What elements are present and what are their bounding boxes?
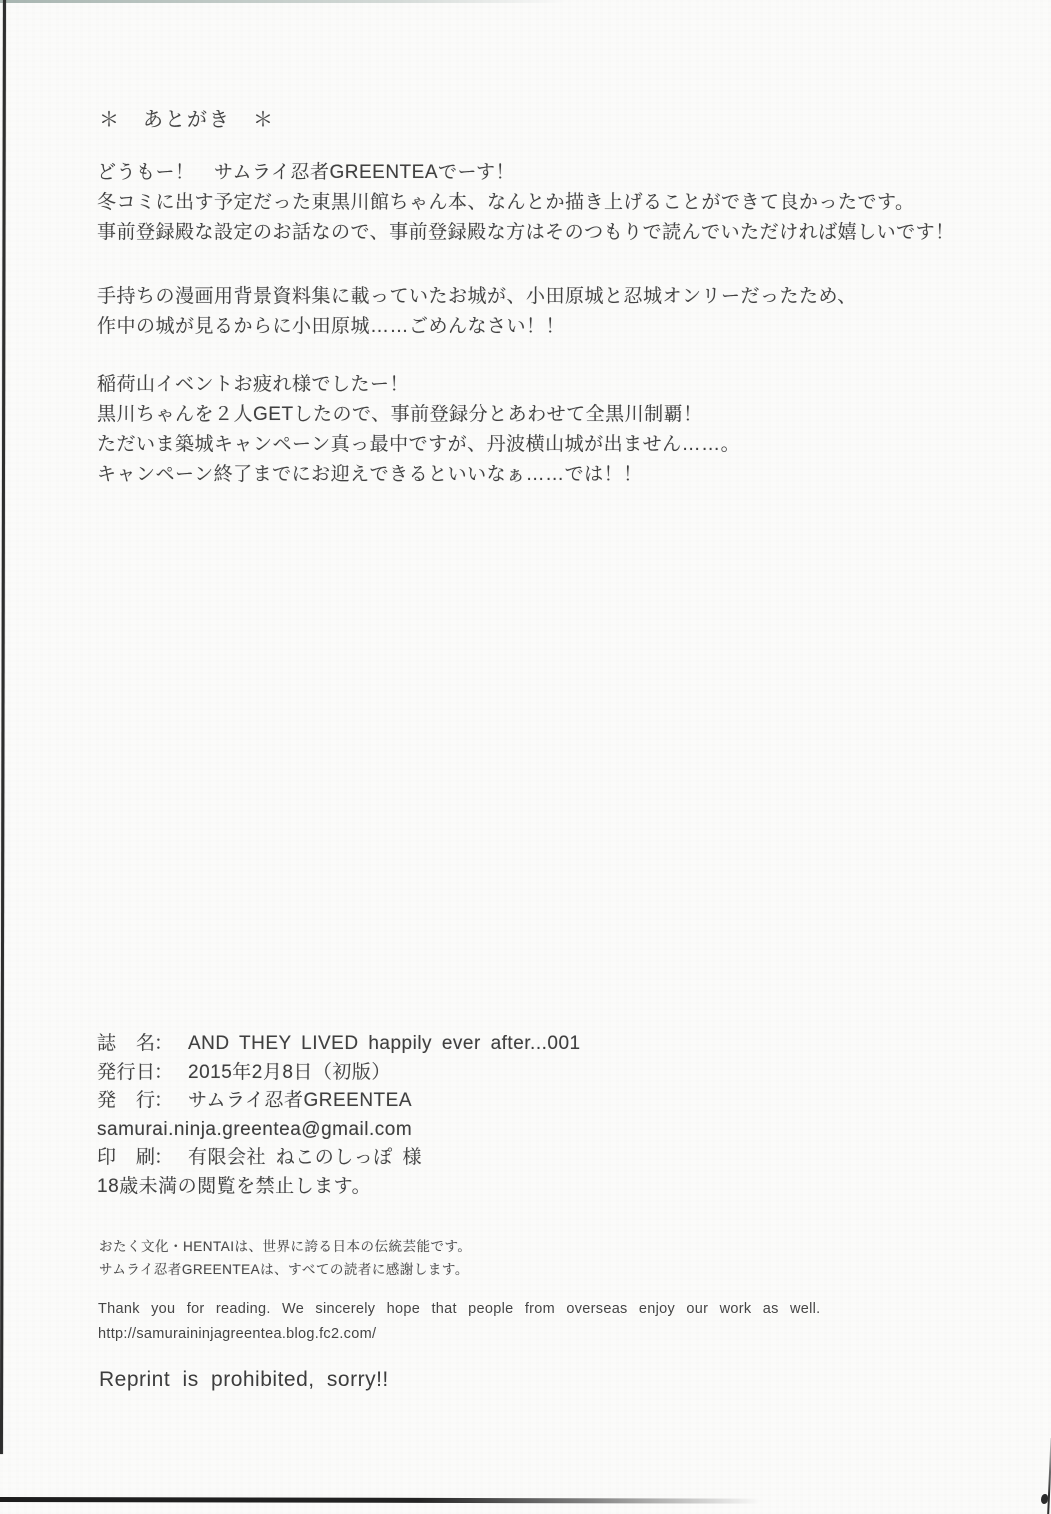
- afterword-line: キャンペーン終了までにお迎えできるといいなぁ……では！！: [97, 460, 997, 490]
- thank-you-line: Thank you for reading. We sincerely hope…: [98, 1297, 821, 1322]
- age-restriction-notice: 18歳未満の閲覧を禁止します。: [97, 1173, 581, 1202]
- colophon-label: 発行日: [97, 1059, 154, 1088]
- book-title: AND THEY LIVED happily ever after...001: [188, 1033, 581, 1054]
- contact-email: samurai.ninja.greentea@gmail.com: [97, 1116, 581, 1145]
- afterword-line: 冬コミに出す予定だった東黒川館ちゃん本、なんとか描き上げることができて良かったで…: [97, 188, 997, 218]
- afterword-line: 作中の城が見るからに小田原城……ごめんなさい！！: [97, 312, 997, 342]
- reprint-notice: Reprint is prohibited, sorry!!: [99, 1368, 389, 1392]
- colophon-label: 誌 名: [97, 1030, 154, 1059]
- afterword-line: ただいま築城キャンペーン真っ最中ですが、丹波横山城が出ません……。: [97, 430, 997, 460]
- scan-artifact-top-edge: [0, 0, 565, 3]
- colophon-row-title: 誌 名：AND THEY LIVED happily ever after...…: [97, 1030, 581, 1059]
- afterword-paragraph-2: 手持ちの漫画用背景資料集に載っていたお城が、小田原城と忍城オンリーだったため、 …: [97, 282, 997, 342]
- colophon-row-printer: 印 刷：有限会社 ねこのしっぽ 様: [97, 1144, 581, 1173]
- colophon-separator: ：: [154, 1030, 188, 1059]
- circle-notes: おたく文化・HENTAIは、世界に誇る日本の伝統芸能です。 サムライ忍者GREE…: [99, 1236, 471, 1281]
- afterword-line: 事前登録殿な設定のお話なので、事前登録殿な方はそのつもりで読んでいただければ嬉し…: [97, 218, 997, 248]
- colophon-row-publisher: 発 行：サムライ忍者GREENTEA: [97, 1087, 581, 1116]
- publish-date: 2015年2月8日（初版）: [188, 1062, 391, 1083]
- afterword-line: 手持ちの漫画用背景資料集に載っていたお城が、小田原城と忍城オンリーだったため、: [97, 282, 997, 312]
- colophon-label: 発 行: [97, 1087, 154, 1116]
- printer-name: 有限会社 ねこのしっぽ 様: [188, 1147, 422, 1168]
- english-message: Thank you for reading. We sincerely hope…: [98, 1297, 821, 1347]
- afterword-line: 黒川ちゃんを２人GETしたので、事前登録分とあわせて全黒川制覇！: [97, 400, 997, 430]
- afterword-paragraph-1: どうもー！ サムライ忍者GREENTEAでーす！ 冬コミに出す予定だった東黒川館…: [97, 158, 997, 248]
- colophon-row-publish-date: 発行日：2015年2月8日（初版）: [97, 1059, 581, 1088]
- colophon-separator: ：: [154, 1087, 188, 1116]
- scanned-afterword-page: ＊ あとがき ＊ どうもー！ サムライ忍者GREENTEAでーす！ 冬コミに出す…: [0, 0, 1051, 1514]
- scan-artifact-left-edge: [0, 0, 6, 1454]
- scan-artifact-bottom-edge: [0, 1497, 760, 1504]
- publisher-name: サムライ忍者GREENTEA: [188, 1090, 412, 1111]
- colophon-separator: ：: [154, 1144, 188, 1173]
- colophon-label: 印 刷: [97, 1144, 154, 1173]
- blog-url: http://samuraininjagreentea.blog.fc2.com…: [98, 1322, 821, 1347]
- afterword-title: ＊ あとがき ＊: [99, 103, 275, 132]
- scan-artifact-right-edge: [1047, 1438, 1051, 1514]
- afterword-line: どうもー！ サムライ忍者GREENTEAでーす！: [97, 158, 997, 188]
- colophon-separator: ：: [154, 1059, 188, 1088]
- colophon: 誌 名：AND THEY LIVED happily ever after...…: [97, 1030, 581, 1201]
- note-line: おたく文化・HENTAIは、世界に誇る日本の伝統芸能です。: [99, 1236, 471, 1259]
- afterword-line: 稲荷山イベントお疲れ様でしたー！: [97, 370, 997, 400]
- afterword-paragraph-3: 稲荷山イベントお疲れ様でしたー！ 黒川ちゃんを２人GETしたので、事前登録分とあ…: [97, 370, 997, 490]
- note-line: サムライ忍者GREENTEAは、すべての読者に感謝します。: [99, 1259, 471, 1282]
